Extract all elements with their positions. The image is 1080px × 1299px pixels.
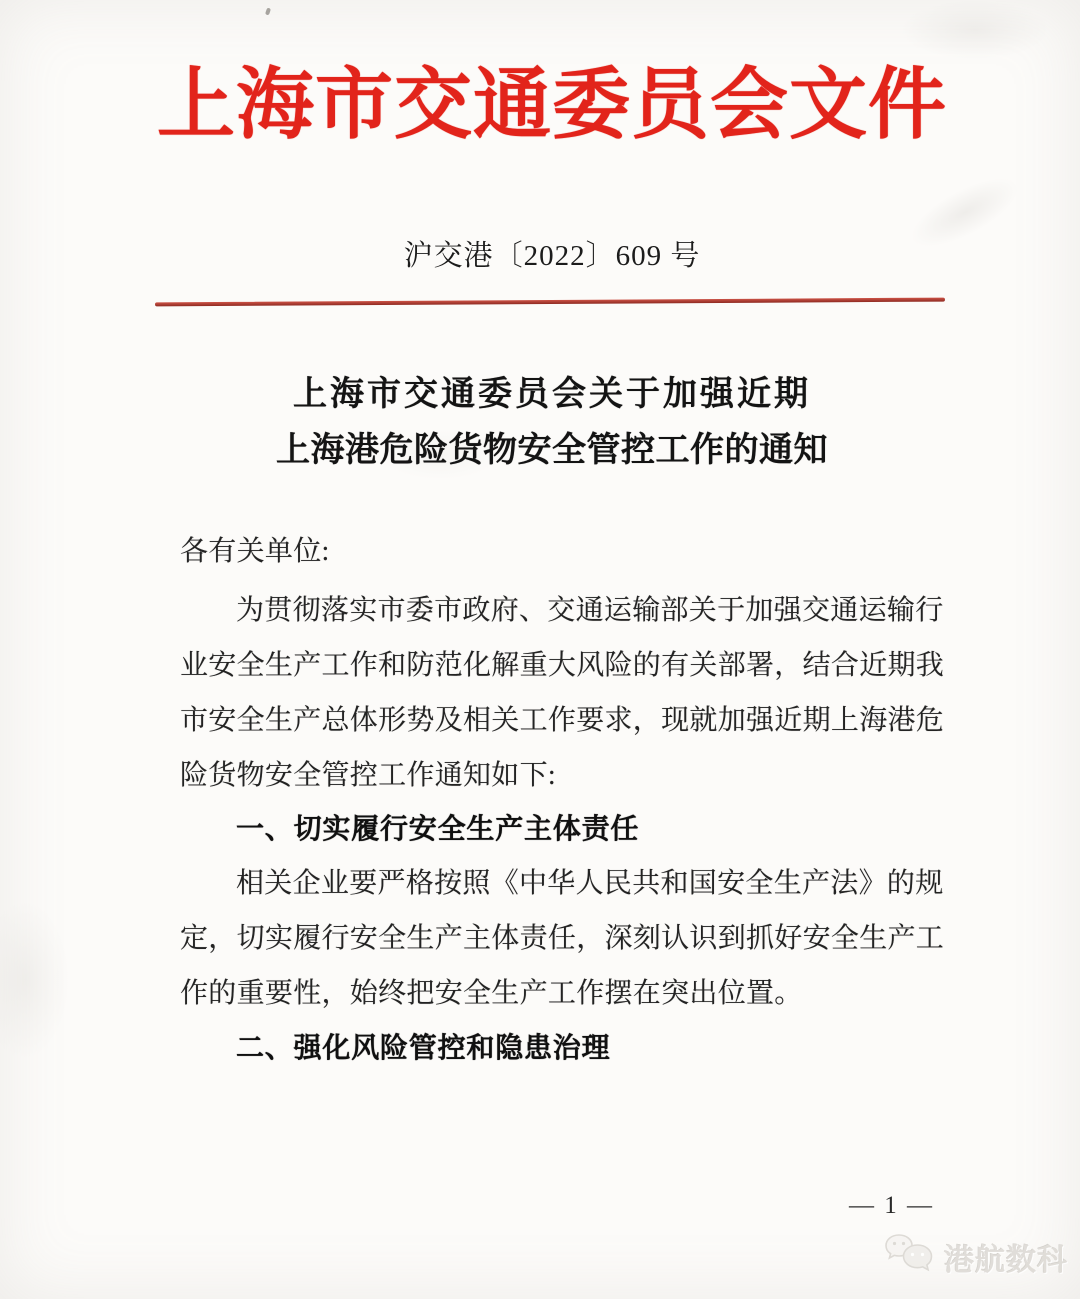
- scan-speck: [265, 8, 271, 16]
- body-line: 险货物安全管控工作通知如下:: [180, 758, 556, 794]
- page-number: — 1 —: [849, 1192, 934, 1220]
- section-heading-2: 二、强化风险管控和隐患治理: [236, 1030, 610, 1066]
- red-separator-rule: [155, 298, 945, 307]
- body-line: 相关企业要严格按照《中华人民共和国安全生产法》的规: [236, 866, 944, 902]
- wechat-logo-icon: [884, 1232, 936, 1281]
- body-line: 定，切实履行安全生产主体责任，深刻认识到抓好安全生产工: [180, 921, 944, 957]
- section-heading-1: 一、切实履行安全生产主体责任: [236, 811, 639, 847]
- salutation: 各有关单位:: [180, 534, 330, 570]
- watermark: 港航数科: [884, 1232, 1068, 1281]
- body-line: 业安全生产工作和防范化解重大风险的有关部署，结合近期我: [180, 648, 944, 684]
- body-line: 市安全生产总体形势及相关工作要求，现就加强近期上海港危: [180, 703, 944, 739]
- document-page: 上海市交通委员会文件 沪交港〔2022〕609 号 上海市交通委员会关于加强近期…: [0, 0, 1080, 1299]
- body-line: 作的重要性，始终把安全生产工作摆在突出位置。: [180, 976, 803, 1012]
- agency-letterhead-title: 上海市交通委员会文件: [12, 42, 1080, 154]
- scan-smudge: [0, 900, 70, 1060]
- document-title-line2: 上海港危险货物安全管控工作的通知: [12, 422, 1080, 471]
- body-line: 为贯彻落实市委市政府、交通运输部关于加强交通运输行: [236, 593, 944, 629]
- document-reference-number: 沪交港〔2022〕609 号: [12, 233, 1080, 274]
- document-title-line1: 上海市交通委员会关于加强近期: [12, 366, 1080, 415]
- watermark-label: 港航数科: [944, 1235, 1068, 1279]
